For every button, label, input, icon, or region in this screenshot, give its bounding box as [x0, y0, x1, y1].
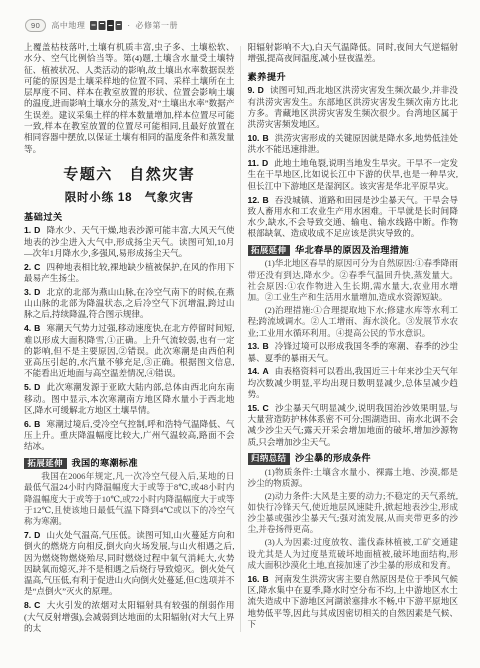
- book-title: 高中地理: [51, 20, 85, 31]
- answer-letter: C: [34, 262, 40, 272]
- answer-item-14: 14.A由表格资料可以看出,我国近三十年来沙尘天气年均次数减少明显,平均出现日数…: [248, 366, 459, 400]
- question-number: 6.: [24, 419, 31, 429]
- answer-item-8: 8.C大火引发的浓烟对太阳辐射具有较强的削弱作用(大气反射增强),会减弱到达地面…: [24, 600, 235, 634]
- question-number: 5.: [24, 382, 31, 392]
- continuation-paragraph: 阳辐射影响不大),白天气温降低。同时,夜间大气逆辐射增强,提高夜间温度,减小昼夜…: [248, 42, 459, 65]
- question-number: 1.: [24, 225, 31, 235]
- question-number: 15.: [248, 403, 260, 413]
- extend-note-p1: (1)华北地区春旱的原因可分为自然原因:①春季降雨带还没有到达,降水少。②春季气…: [248, 258, 459, 303]
- extend-note: 我国在2006年规定,凡一次冷空气侵入后,某地的日最低气温24小时内降温幅度大于…: [24, 471, 235, 527]
- question-number: 11.: [248, 158, 259, 168]
- answer-text: 大火引发的浓烟对太阳辐射具有较强的削弱作用(大气反射增强),会减弱到达地面的太阳…: [24, 600, 235, 633]
- extend-label-line: 拓展延伸我国的寒潮标准: [24, 458, 235, 470]
- answer-item-3: 3.D北京的北部为燕山山脉,在冷空气南下的时候,在燕山山脉的北部为降温状态,之后…: [24, 287, 235, 321]
- extend-tag: 拓展延伸: [248, 245, 291, 257]
- answer-text: 山火处气温高,气压低。读图可知,山火蔓延方向和倒火的燃烧方向相反,倒火向火场发展…: [24, 530, 235, 596]
- answer-text: 冷锋过境可以形成我国冬季的寒潮、春季的沙尘暴、夏季的暴雨天气。: [248, 341, 459, 362]
- answer-item-1: 1.D降水少、天气干燥,地表沙源可能丰富,大风天气使地表的沙尘进入大气中,形成扬…: [24, 225, 235, 259]
- answer-text: 沙尘暴天气明显减少,说明我国治沙效果明显,与大量营造防护林体系密不可分;围湖造田…: [248, 403, 459, 447]
- question-number: 4.: [24, 323, 31, 333]
- topic-title: 专题六 自然灾害: [24, 169, 235, 180]
- extend-title: 我国的寒潮标准: [72, 458, 138, 468]
- answer-text: 洪涝灾害形成的关键原因就是降水多,地势低洼处洪水不能迅速排泄。: [248, 133, 459, 154]
- answer-letter: B: [34, 419, 40, 429]
- answer-letter: C: [34, 600, 40, 610]
- textbook-answer-page: 90 高中地理 · 必修第一册 上覆盖枯枝落叶,土壤有机质丰富,虫子多、土壤松软…: [0, 0, 480, 668]
- summary-note-p2: (2)动力条件:大风是主要的动力;不稳定的天气系统,如快行冷锋天气,使近地层风速…: [248, 491, 459, 536]
- extend-note-p2: (2)治理措施:①合理提取地下水;修建水库等水利工程;跨流域调水。②人工增雨、海…: [248, 305, 459, 339]
- section-heading-basic: 基础过关: [24, 212, 235, 223]
- answer-text: 由表格资料可以看出,我国近三十年来沙尘天气年均次数减少明显,平均出现日数明显减少…: [248, 366, 459, 399]
- right-column: 阳辐射影响不大),白天气温降低。同时,夜间大气逆辐射增强,提高夜间温度,减小昼夜…: [248, 41, 459, 637]
- summary-label-line: 归纳总结沙尘暴的形成条件: [248, 453, 459, 465]
- question-number: 2.: [24, 262, 31, 272]
- answer-text: 吞没城镇、道路和田园是沙尘暴天气。干旱会导致人畜用水和工农业生产用水困难。干旱就…: [248, 195, 459, 239]
- question-number: 3.: [24, 287, 31, 297]
- answer-letter: B: [34, 323, 40, 333]
- answer-text: 寒潮过境后,受冷空气控制,呼和浩特气温降低、气压上升。重庆降温幅度比较大,广州气…: [24, 419, 235, 452]
- summary-note-p1: (1)物质条件:土壤含水量小、裸露土地、沙漠,都是沙尘的物质源。: [248, 467, 459, 490]
- answer-letter: B: [262, 133, 268, 143]
- question-number: 12.: [248, 195, 260, 205]
- answer-item-4: 4.B寒潮天气势力过强,移动速度快,在北方停留时间短,难以形成大面积降雪,①正确…: [24, 323, 235, 379]
- answer-letter: D: [34, 225, 40, 235]
- summary-title: 沙尘暴的形成条件: [295, 453, 371, 463]
- answer-item-9: 9.D读图可知,西北地区洪涝灾害发生频次最少,并非没有洪涝灾害发生。东部地区洪涝…: [248, 85, 459, 130]
- question-number: 10.: [248, 133, 260, 143]
- extend-title: 华北春旱的原因及治理措施: [295, 245, 409, 255]
- answer-item-6: 6.B寒潮过境后,受冷空气控制,呼和浩特气温降低、气压上升。重庆降温幅度比较大,…: [24, 419, 235, 453]
- answer-item-16: 16.B河南发生洪涝灾害主要自然原因是位于季风气候区,降水集中在夏季,降水时空分…: [248, 574, 459, 630]
- answer-letter: C: [262, 403, 268, 413]
- practice-title: 限时小练 18 气象灾害: [24, 193, 235, 204]
- answer-letter: A: [262, 366, 268, 376]
- summary-tag: 归纳总结: [248, 453, 291, 465]
- page-number-badge: 90: [25, 19, 46, 32]
- answer-letter: D: [262, 158, 268, 168]
- answer-text: 河南发生洪涝灾害主要自然原因是位于季风气候区,降水集中在夏季,降水时空分布不均,…: [248, 574, 459, 629]
- answer-item-5: 5.D此次寒潮发源于亚欧大陆内部,总体由西北向东南移动。图中显示,本次寒潮南方地…: [24, 382, 235, 416]
- answer-item-7: 7.D山火处气温高,气压低。读图可知,山火蔓延方向和倒火的燃烧方向相反,倒火向火…: [24, 530, 235, 598]
- carryover-paragraph: 上覆盖枯枝落叶,土壤有机质丰富,虫子多、土壤松软、水分、空气比例恰当等。第(4)…: [24, 42, 235, 155]
- answer-letter: B: [262, 574, 268, 584]
- section-heading-literacy: 素养提升: [248, 72, 459, 83]
- answer-letter: B: [262, 341, 268, 351]
- page-content: 上覆盖枯枝落叶,土壤有机质丰富,虫子多、土壤松软、水分、空气比例恰当等。第(4)…: [24, 41, 458, 637]
- answer-text: 四种地表相比较,裸地缺少植被保护,在风的作用下最易产生扬尘。: [24, 262, 235, 283]
- answer-letter: B: [262, 195, 268, 205]
- extend-label-line-2: 拓展延伸华北春旱的原因及治理措施: [248, 245, 459, 257]
- answer-text: 此地土地龟裂,说明当地发生旱灾。干旱不一定发生在干旱地区,比如说长江中下游的伏旱…: [248, 158, 459, 191]
- question-number: 8.: [24, 600, 31, 610]
- answer-letter: D: [34, 530, 40, 540]
- edition-title: 必修第一册: [136, 20, 179, 31]
- answer-text: 此次寒潮发源于亚欧大陆内部,总体由西北向东南移动。图中显示,本次寒潮南方地区降水…: [24, 382, 235, 415]
- extend-tag: 拓展延伸: [24, 458, 67, 470]
- page-header: 90 高中地理 · 必修第一册: [25, 19, 178, 32]
- answer-letter: D: [34, 382, 40, 392]
- question-number: 7.: [24, 530, 31, 540]
- question-number: 13.: [248, 341, 260, 351]
- answer-item-10: 10.B洪涝灾害形成的关键原因就是降水多,地势低洼处洪水不能迅速排泄。: [248, 133, 459, 156]
- question-number: 16.: [248, 574, 260, 584]
- answer-item-2: 2.C四种地表相比较,裸地缺少植被保护,在风的作用下最易产生扬尘。: [24, 262, 235, 285]
- left-column: 上覆盖枯枝落叶,土壤有机质丰富,虫子多、土壤松软、水分、空气比例恰当等。第(4)…: [24, 41, 235, 637]
- answer-item-15: 15.C沙尘暴天气明显减少,说明我国治沙效果明显,与大量营造防护林体系密不可分;…: [248, 403, 459, 448]
- summary-note-p3: (3)人为因素:过度放牧、滥伐森林植被,工矿交通建设尤其是人为过度垦荒破坏地面植…: [248, 537, 459, 571]
- answer-item-12: 12.B吞没城镇、道路和田园是沙尘暴天气。干旱会导致人畜用水和工农业生产用水困难…: [248, 195, 459, 240]
- brand-logo-icon: [90, 20, 122, 31]
- answer-text: 降水少、天气干燥,地表沙源可能丰富,大风天气使地表的沙尘进入大气中,形成扬尘天气…: [24, 225, 235, 258]
- answer-item-11: 11.D此地土地龟裂,说明当地发生旱灾。干旱不一定发生在干旱地区,比如说长江中下…: [248, 158, 459, 192]
- answer-text: 北京的北部为燕山山脉,在冷空气南下的时候,在燕山山脉的北部为降温状态,之后冷空气…: [24, 287, 235, 320]
- answer-letter: D: [34, 287, 40, 297]
- answer-letter: D: [258, 85, 264, 95]
- question-number: 9.: [248, 85, 255, 95]
- answer-text: 寒潮天气势力过强,移动速度快,在北方停留时间短,难以形成大面积降雪,①正确。上升…: [24, 323, 235, 378]
- question-number: 14.: [248, 366, 260, 376]
- answer-text: 读图可知,西北地区洪涝灾害发生频次最少,并非没有洪涝灾害发生。东部地区洪涝灾害发…: [248, 85, 459, 129]
- answer-item-13: 13.B冷锋过境可以形成我国冬季的寒潮、春季的沙尘暴、夏季的暴雨天气。: [248, 341, 459, 364]
- header-dot: ·: [127, 21, 130, 30]
